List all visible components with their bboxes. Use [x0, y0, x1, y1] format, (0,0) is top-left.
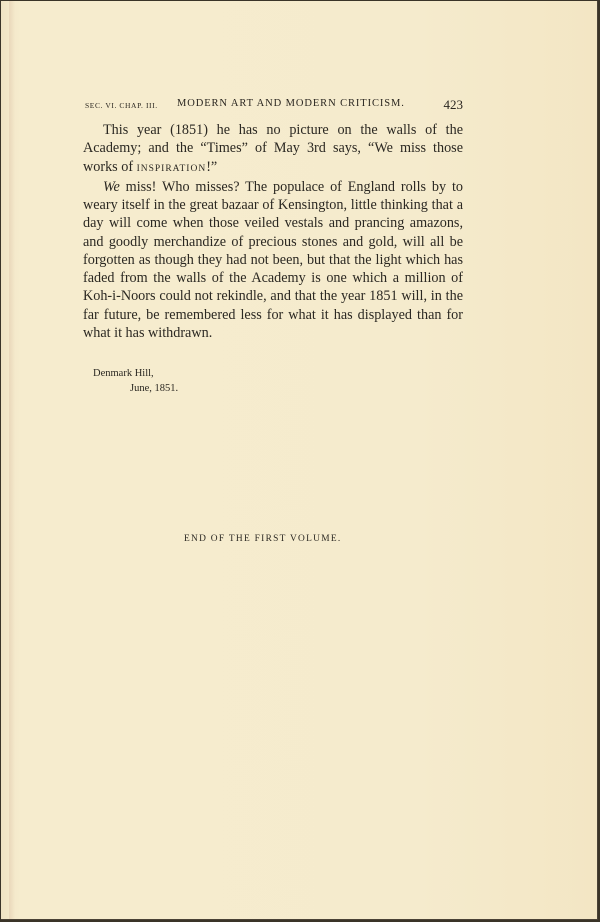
paragraph-1-closing: !”	[206, 159, 217, 175]
body-text: This year (1851) he has no picture on th…	[83, 121, 463, 342]
paragraph-1: This year (1851) he has no picture on th…	[83, 121, 463, 178]
signoff-place: Denmark Hill,	[93, 366, 178, 381]
running-title: MODERN ART AND MODERN CRITICISM.	[177, 98, 405, 109]
paragraph-2-text: miss! Who misses? The populace of Englan…	[83, 179, 463, 341]
page-number: 423	[444, 97, 464, 113]
book-page: SEC. VI. CHAP. III. MODERN ART AND MODER…	[1, 1, 598, 920]
section-chapter-label: SEC. VI. CHAP. III.	[85, 101, 158, 110]
end-of-volume-note: END OF THE FIRST VOLUME.	[184, 534, 342, 544]
small-caps-inspiration: INSPIRATION	[137, 164, 207, 174]
italic-we: We	[103, 179, 120, 195]
signoff: Denmark Hill, June, 1851.	[93, 366, 178, 396]
paragraph-2: We miss! Who misses? The populace of Eng…	[83, 178, 463, 342]
signoff-date: June, 1851.	[93, 381, 178, 396]
running-head: SEC. VI. CHAP. III. MODERN ART AND MODER…	[85, 98, 463, 112]
